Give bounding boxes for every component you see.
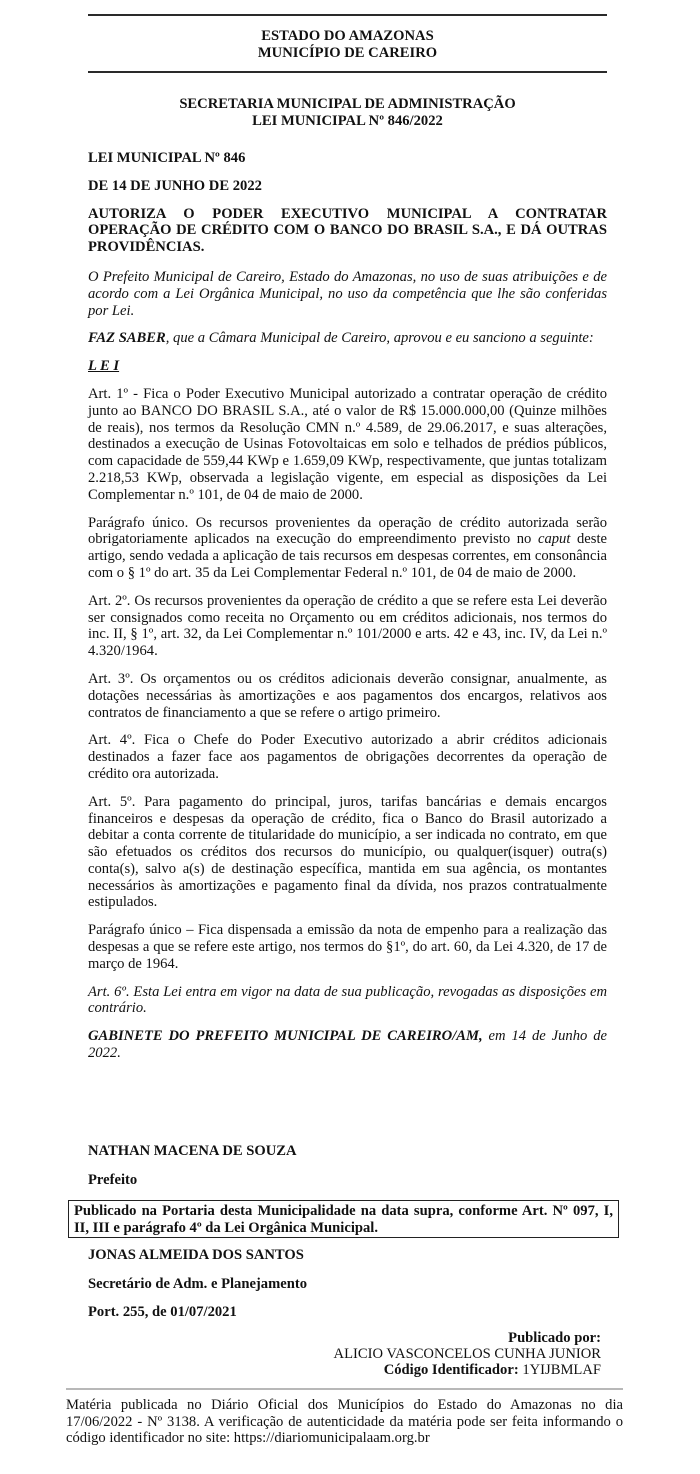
article-5-paragraph: Parágrafo único – Fica dispensada a emis…	[88, 922, 607, 972]
law-preamble: O Prefeito Municipal de Careiro, Estado …	[88, 269, 607, 319]
footer-note: Matéria publicada no Diário Oficial dos …	[66, 1397, 623, 1447]
article-6: Art. 6º. Esta Lei entra em vigor na data…	[88, 984, 607, 1018]
faz-saber-paragraph: FAZ SABER, que a Câmara Municipal de Car…	[88, 330, 607, 347]
header-state-block: ESTADO DO AMAZONAS MUNICÍPIO DE CAREIRO	[88, 28, 607, 62]
footer-rule	[66, 1388, 623, 1390]
caput-term: caput	[538, 531, 570, 547]
law-summary: AUTORIZA O PODER EXECUTIVO MUNICIPAL A C…	[88, 206, 607, 256]
publisher-block: Publicado por: ALICIO VASCONCELOS CUNHA …	[334, 1330, 601, 1378]
law-date: DE 14 DE JUNHO DE 2022	[88, 178, 607, 195]
law-reference: LEI MUNICIPAL Nº 846/2022	[88, 113, 607, 130]
identifier-code: 1YIJBMLAF	[522, 1362, 601, 1378]
faz-saber-label: FAZ SABER	[88, 330, 166, 346]
closing-office: GABINETE DO PREFEITO MUNICIPAL DE CAREIR…	[88, 1028, 483, 1044]
publisher-label: Publicado por:	[334, 1330, 601, 1346]
secretary-name: JONAS ALMEIDA DOS SANTOS	[88, 1247, 304, 1264]
law-number: LEI MUNICIPAL Nº 846	[88, 150, 607, 167]
article-5: Art. 5º. Para pagamento do principal, ju…	[88, 794, 607, 912]
article-1: Art. 1º - Fica o Poder Executivo Municip…	[88, 386, 607, 504]
header-top-rule	[88, 14, 607, 16]
faz-saber-text: , que a Câmara Municipal de Careiro, apr…	[166, 330, 594, 346]
department-name: SECRETARIA MUNICIPAL DE ADMINISTRAÇÃO	[88, 96, 607, 113]
mayor-name: NATHAN MACENA DE SOUZA	[88, 1143, 297, 1160]
publication-notice-box: Publicado na Portaria desta Municipalida…	[68, 1200, 619, 1238]
article-2: Art. 2º. Os recursos provenientes da ope…	[88, 593, 607, 660]
publisher-name: ALICIO VASCONCELOS CUNHA JUNIOR	[334, 1346, 601, 1362]
header-department-block: SECRETARIA MUNICIPAL DE ADMINISTRAÇÃO LE…	[88, 96, 607, 130]
header-bottom-rule	[88, 71, 607, 73]
article-1-paragraph-text-a: Parágrafo único. Os recursos proveniente…	[88, 515, 607, 548]
secretary-title: Secretário de Adm. e Planejamento	[88, 1276, 307, 1293]
state-name: ESTADO DO AMAZONAS	[88, 28, 607, 45]
municipality-name: MUNICÍPIO DE CAREIRO	[88, 45, 607, 62]
article-4: Art. 4º. Fica o Chefe do Poder Executivo…	[88, 732, 607, 782]
publisher-code-line: Código Identificador: 1YIJBMLAF	[334, 1362, 601, 1378]
law-body: LEI MUNICIPAL Nº 846 DE 14 DE JUNHO DE 2…	[88, 150, 607, 1073]
lei-heading: L E I	[88, 358, 607, 375]
article-1-paragraph: Parágrafo único. Os recursos proveniente…	[88, 515, 607, 582]
closing-line: GABINETE DO PREFEITO MUNICIPAL DE CAREIR…	[88, 1028, 607, 1062]
secretary-ordinance: Port. 255, de 01/07/2021	[88, 1304, 237, 1321]
code-label: Código Identificador:	[384, 1362, 519, 1378]
article-3: Art. 3º. Os orçamentos ou os créditos ad…	[88, 671, 607, 721]
mayor-title: Prefeito	[88, 1172, 137, 1189]
